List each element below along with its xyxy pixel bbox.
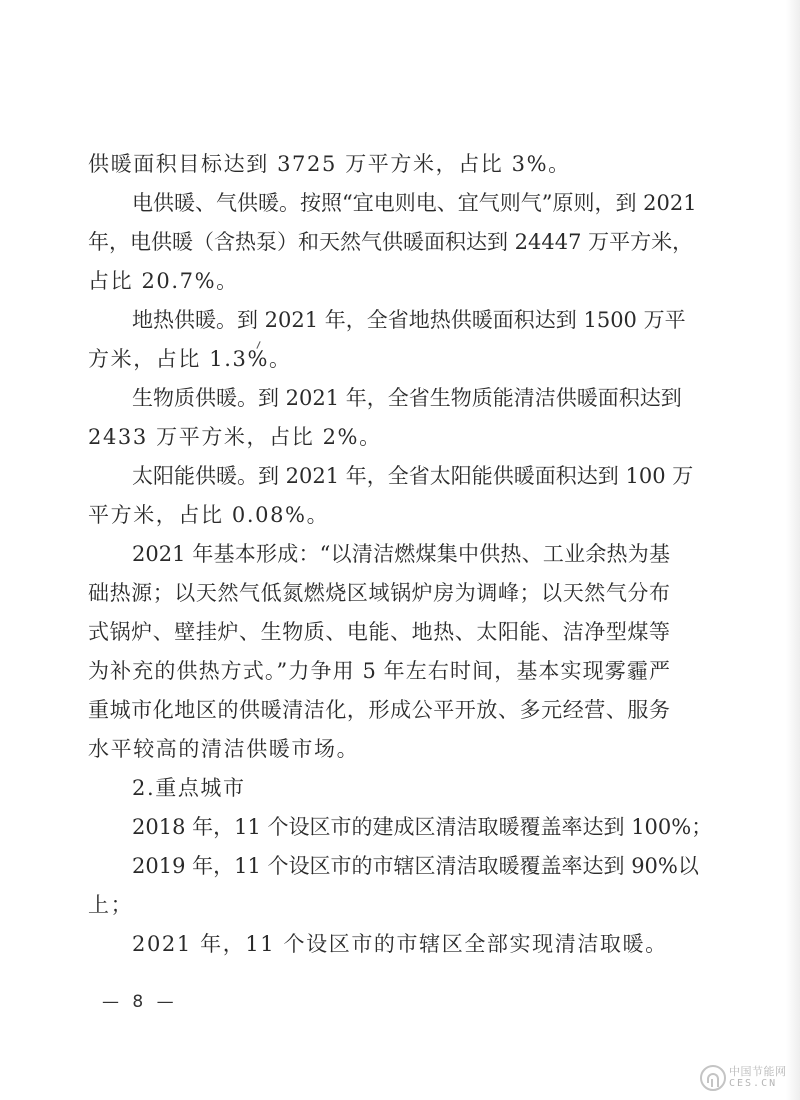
text-line: 2019 年，11 个设区市的市辖区清洁取暖覆盖率达到 90%以 xyxy=(88,847,670,886)
document-body: 供暖面积目标达到 3725 万平方米，占比 3%。 电供暖、气供暖。按照“宜电则… xyxy=(88,145,670,964)
text-line: 础热源；以天然气低氮燃烧区域锅炉房为调峰；以天然气分布 xyxy=(88,574,670,613)
watermark-name-cn: 中国节能网 xyxy=(729,1066,787,1078)
watermark-name-en: CES.CN xyxy=(729,1078,787,1090)
text-line: 年，电供暖（含热泵）和天然气供暖面积达到 24447 万平方米， xyxy=(88,223,670,262)
text-line: 地热供暖。到 2021 年，全省地热供暖面积达到 1500 万平 xyxy=(88,301,670,340)
section-heading: 2.重点城市 xyxy=(88,769,670,808)
watermark-text: 中国节能网 CES.CN xyxy=(729,1066,787,1090)
text-line: 水平较高的清洁供暖市场。 xyxy=(88,730,670,769)
text-line: 式锅炉、壁挂炉、生物质、电能、地热、太阳能、洁净型煤等 xyxy=(88,613,670,652)
text-line: 方米，占比 1.3%。 xyxy=(88,340,670,379)
text-line: 2021 年，11 个设区市的市辖区全部实现清洁取暖。 xyxy=(88,925,670,964)
ces-logo-icon xyxy=(700,1065,726,1091)
text-line: 重城市化地区的供暖清洁化，形成公平开放、多元经营、服务 xyxy=(88,691,670,730)
watermark: 中国节能网 CES.CN xyxy=(700,1060,798,1096)
text-line: 2433 万平方米，占比 2%。 xyxy=(88,418,670,457)
scan-edge-shadow xyxy=(786,0,800,1100)
text-line: 占比 20.7%。 xyxy=(88,262,670,301)
text-line: 为补充的供热方式。”力争用 5 年左右时间，基本实现雾霾严 xyxy=(88,652,670,691)
text-line: 上； xyxy=(88,886,670,925)
text-line: 平方米，占比 0.08%。 xyxy=(88,496,670,535)
text-line: 太阳能供暖。到 2021 年，全省太阳能供暖面积达到 100 万 xyxy=(88,457,670,496)
page-number: — 8 — xyxy=(102,992,178,1012)
text-line: 2021 年基本形成：“以清洁燃煤集中供热、工业余热为基 xyxy=(88,535,670,574)
text-line: 生物质供暖。到 2021 年，全省生物质能清洁供暖面积达到 xyxy=(88,379,670,418)
text-line: 电供暖、气供暖。按照“宜电则电、宜气则气”原则，到 2021 xyxy=(88,184,670,223)
text-line: 2018 年，11 个设区市的建成区清洁取暖覆盖率达到 100%； xyxy=(88,808,670,847)
text-line: 供暖面积目标达到 3725 万平方米，占比 3%。 xyxy=(88,145,670,184)
